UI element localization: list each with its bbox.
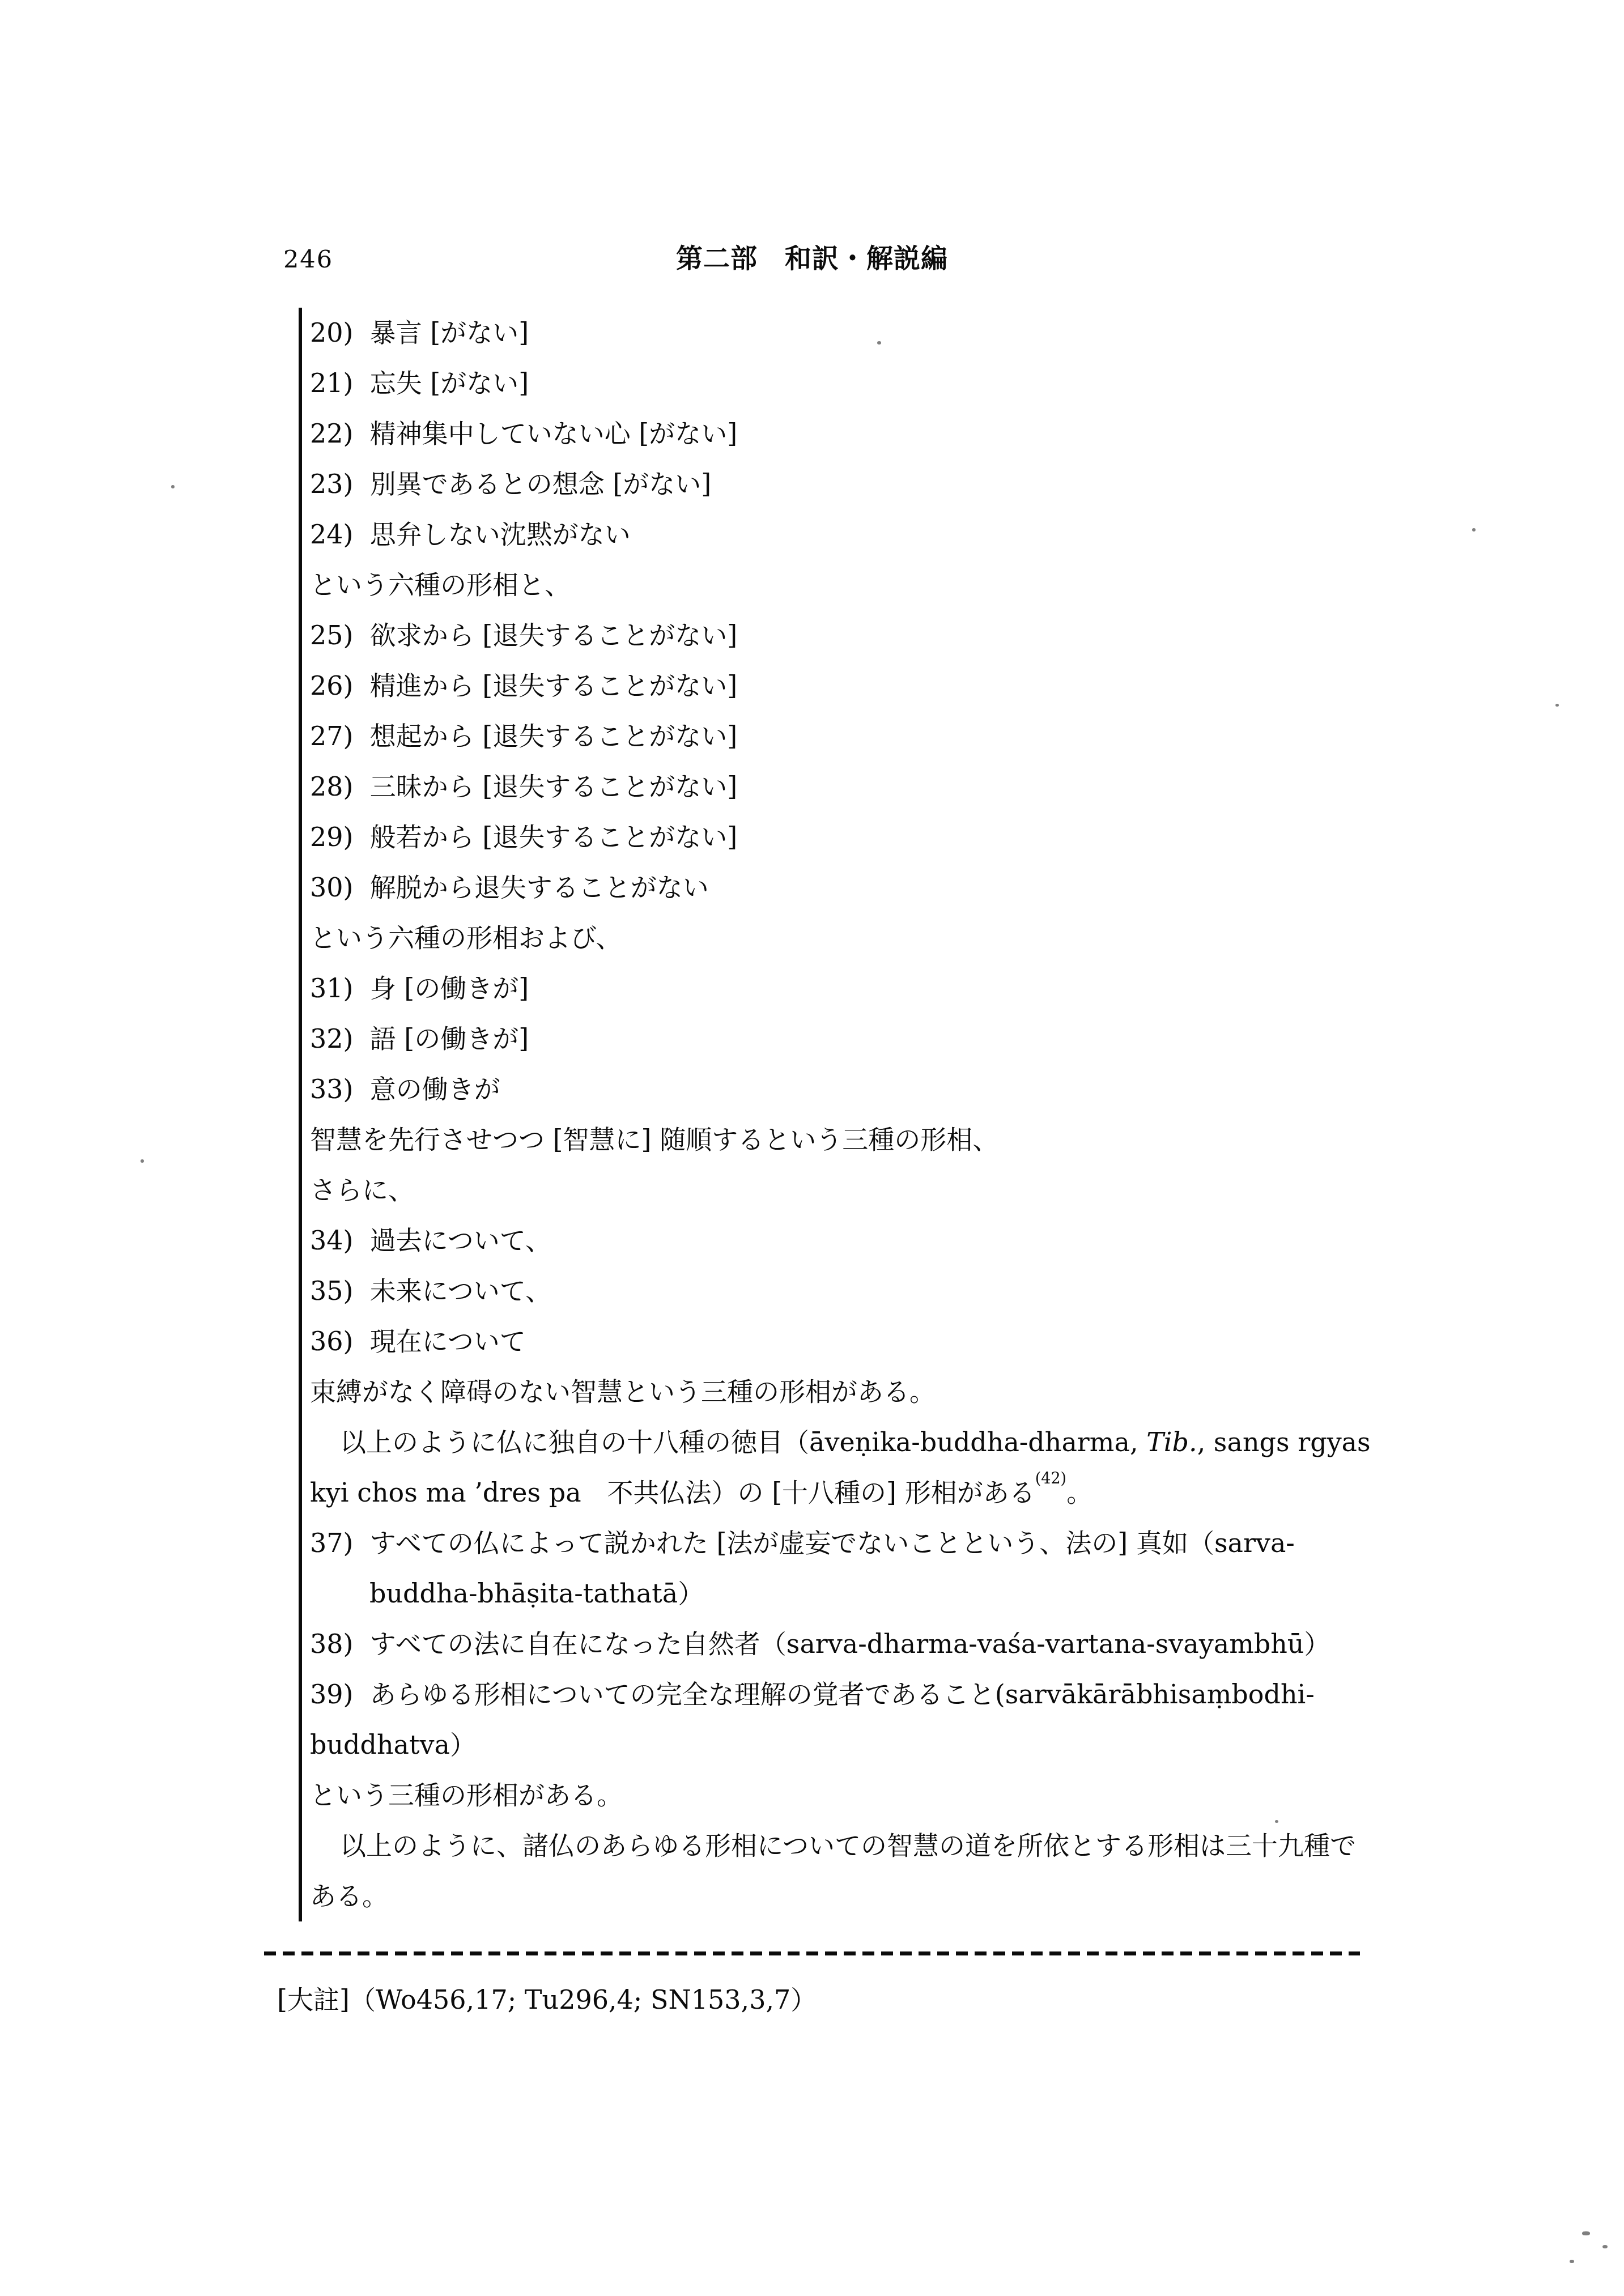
list-item: 36) 現在について	[310, 1316, 1412, 1367]
list-item: 24) 思弁しない沈黙がない	[310, 509, 1412, 560]
text-line: さらに、	[310, 1165, 1412, 1215]
footnote-refs: （Wo456,17; Tu296,4; SN153,3,7）	[350, 1984, 817, 2015]
scan-speckle	[1602, 2245, 1608, 2248]
text-line: 束縛がなく障碍のない智慧という三種の形相がある。	[310, 1367, 1412, 1417]
list-item: 34) 過去について、	[310, 1215, 1412, 1266]
paragraph-line: kyi chos ma ’dres pa 不共仏法）の [十八種の] 形相がある…	[310, 1468, 1412, 1518]
scan-speckle	[1570, 2260, 1574, 2263]
footnote-reference: [大註]（Wo456,17; Tu296,4; SN153,3,7）	[277, 1984, 817, 2016]
continuation-line: buddhatva）	[310, 1720, 1412, 1770]
scan-speckle	[141, 1159, 144, 1163]
list-item: 31) 身 [の働きが]	[310, 963, 1412, 1014]
text-line: 智慧を先行させつつ [智慧に] 随順するという三種の形相、	[310, 1115, 1412, 1165]
text-segment: , sangs rgyas	[1197, 1427, 1371, 1457]
list-item: 21) 忘失 [がない]	[310, 358, 1412, 409]
scan-speckle	[1472, 528, 1476, 532]
list-item: 39) あらゆる形相についての完全な理解の覚者であること(sarvākārābh…	[310, 1669, 1412, 1720]
text-line: ある。	[310, 1871, 1412, 1921]
scan-speckle	[1275, 1820, 1278, 1823]
quoted-passage-block: 20) 暴言 [がない] 21) 忘失 [がない] 22) 精神集中していない心…	[299, 308, 1412, 1921]
list-item: 33) 意の働きが	[310, 1064, 1412, 1115]
list-item: 32) 語 [の働きが]	[310, 1014, 1412, 1064]
text-segment: kyi chos ma ’dres pa 不共仏法）の [十八種の] 形相がある	[310, 1477, 1035, 1508]
scan-speckle	[877, 341, 881, 345]
page-number: 246	[283, 248, 333, 272]
list-item: 30) 解脱から退失することがない	[310, 862, 1412, 913]
list-item: 26) 精進から [退失することがない]	[310, 661, 1412, 711]
running-header: 第二部 和訳・解説編	[676, 245, 948, 272]
scan-speckle	[171, 485, 175, 488]
list-item: 38) すべての法に自在になった自然者（sarva-dharma-vaśa-va…	[310, 1619, 1412, 1669]
scan-speckle	[1582, 2231, 1590, 2235]
footnote-marker: (42)	[1035, 1470, 1066, 1487]
text-line: という六種の形相と、	[310, 560, 1412, 610]
list-item: 27) 想起から [退失することがない]	[310, 711, 1412, 762]
footnote-label: [大註]	[277, 1984, 350, 2015]
list-item: 29) 般若から [退失することがない]	[310, 812, 1412, 862]
text-segment: 以上のように仏に独自の十八種の徳目（āveṇika-buddha-dharma,	[340, 1427, 1146, 1457]
list-item: 23) 別異であるとの想念 [がない]	[310, 459, 1412, 509]
list-item: 22) 精神集中していない心 [がない]	[310, 409, 1412, 459]
text-segment: 。	[1066, 1477, 1092, 1508]
list-item: 20) 暴言 [がない]	[310, 308, 1412, 358]
scan-speckle	[1555, 704, 1559, 707]
continuation-line: buddha-bhāṣita-tathatā）	[310, 1568, 1412, 1619]
scanned-book-page: 246 第二部 和訳・解説編 20) 暴言 [がない] 21) 忘失 [がない]…	[0, 0, 1624, 2296]
footnote-separator-dashed-line	[264, 1951, 1360, 1955]
text-line: という三種の形相がある。	[310, 1770, 1412, 1821]
list-item: 25) 欲求から [退失することがない]	[310, 610, 1412, 661]
paragraph-line: 以上のように仏に独自の十八種の徳目（āveṇika-buddha-dharma,…	[310, 1417, 1412, 1468]
list-item: 28) 三昧から [退失することがない]	[310, 762, 1412, 812]
list-item: 37) すべての仏によって説かれた [法が虚妄でないことという、法の] 真如（s…	[310, 1518, 1412, 1568]
paragraph-line: 以上のように、諸仏のあらゆる形相についての智慧の道を所依とする形相は三十九種で	[310, 1821, 1412, 1871]
text-line: という六種の形相および、	[310, 913, 1412, 963]
italic-term: Tib.	[1146, 1427, 1197, 1457]
list-item: 35) 未来について、	[310, 1266, 1412, 1316]
